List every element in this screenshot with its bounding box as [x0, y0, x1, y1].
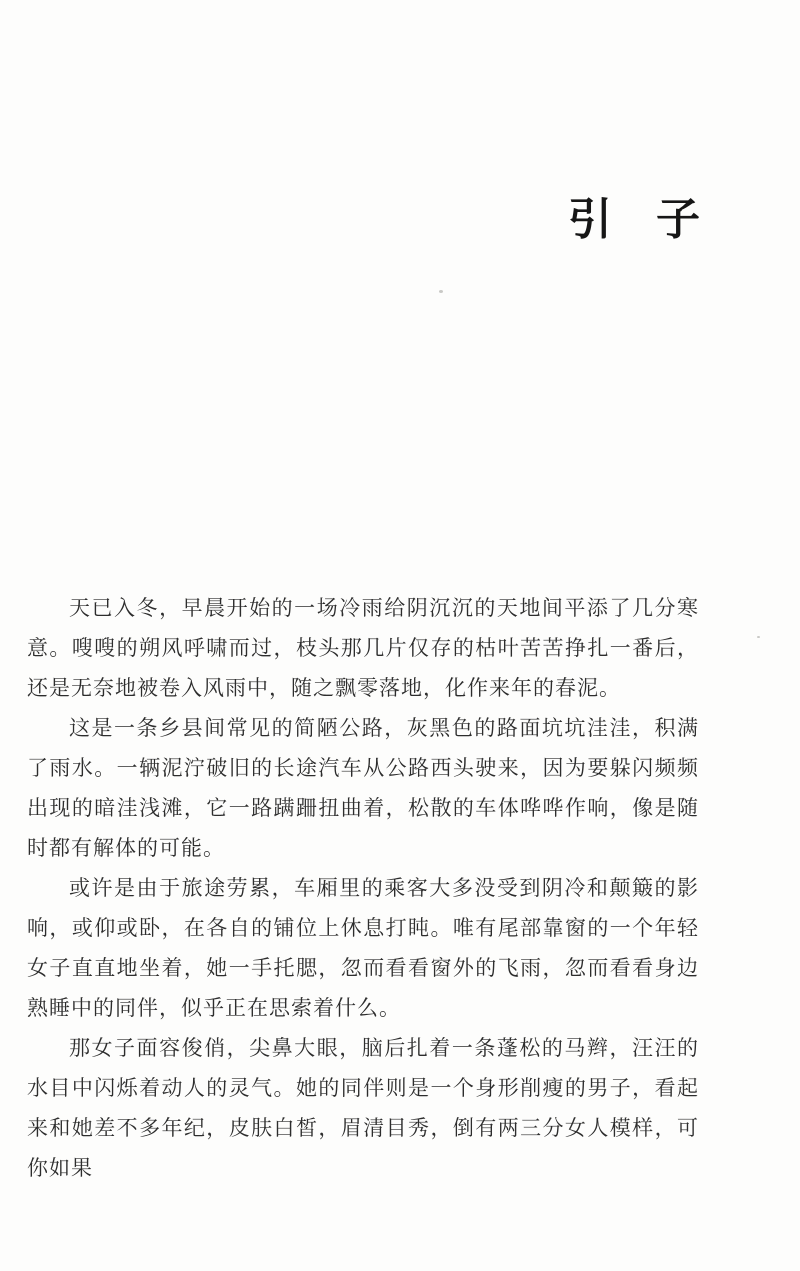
paragraph: 这是一条乡县间常见的简陋公路，灰黑色的路面坑坑洼洼，积满了雨水。一辆泥泞破旧的长…: [27, 708, 699, 868]
chapter-title: 引 子: [568, 198, 700, 242]
paragraph: 或许是由于旅途劳累，车厢里的乘客大多没受到阴冷和颠簸的影响，或仰或卧，在各自的铺…: [27, 868, 699, 1028]
scan-speck-artifact: [439, 290, 443, 293]
paragraph: 那女子面容俊俏，尖鼻大眼，脑后扎着一条蓬松的马辫，汪汪的水目中闪烁着动人的灵气。…: [27, 1028, 699, 1188]
body-text-block: 天已入冬，早晨开始的一场冷雨给阴沉沉的天地间平添了几分寒意。嗖嗖的朔风呼啸而过，…: [27, 588, 699, 1188]
scan-speck-artifact: [757, 636, 760, 638]
book-page: 引 子 天已入冬，早晨开始的一场冷雨给阴沉沉的天地间平添了几分寒意。嗖嗖的朔风呼…: [0, 0, 800, 1271]
paragraph: 天已入冬，早晨开始的一场冷雨给阴沉沉的天地间平添了几分寒意。嗖嗖的朔风呼啸而过，…: [27, 588, 699, 708]
